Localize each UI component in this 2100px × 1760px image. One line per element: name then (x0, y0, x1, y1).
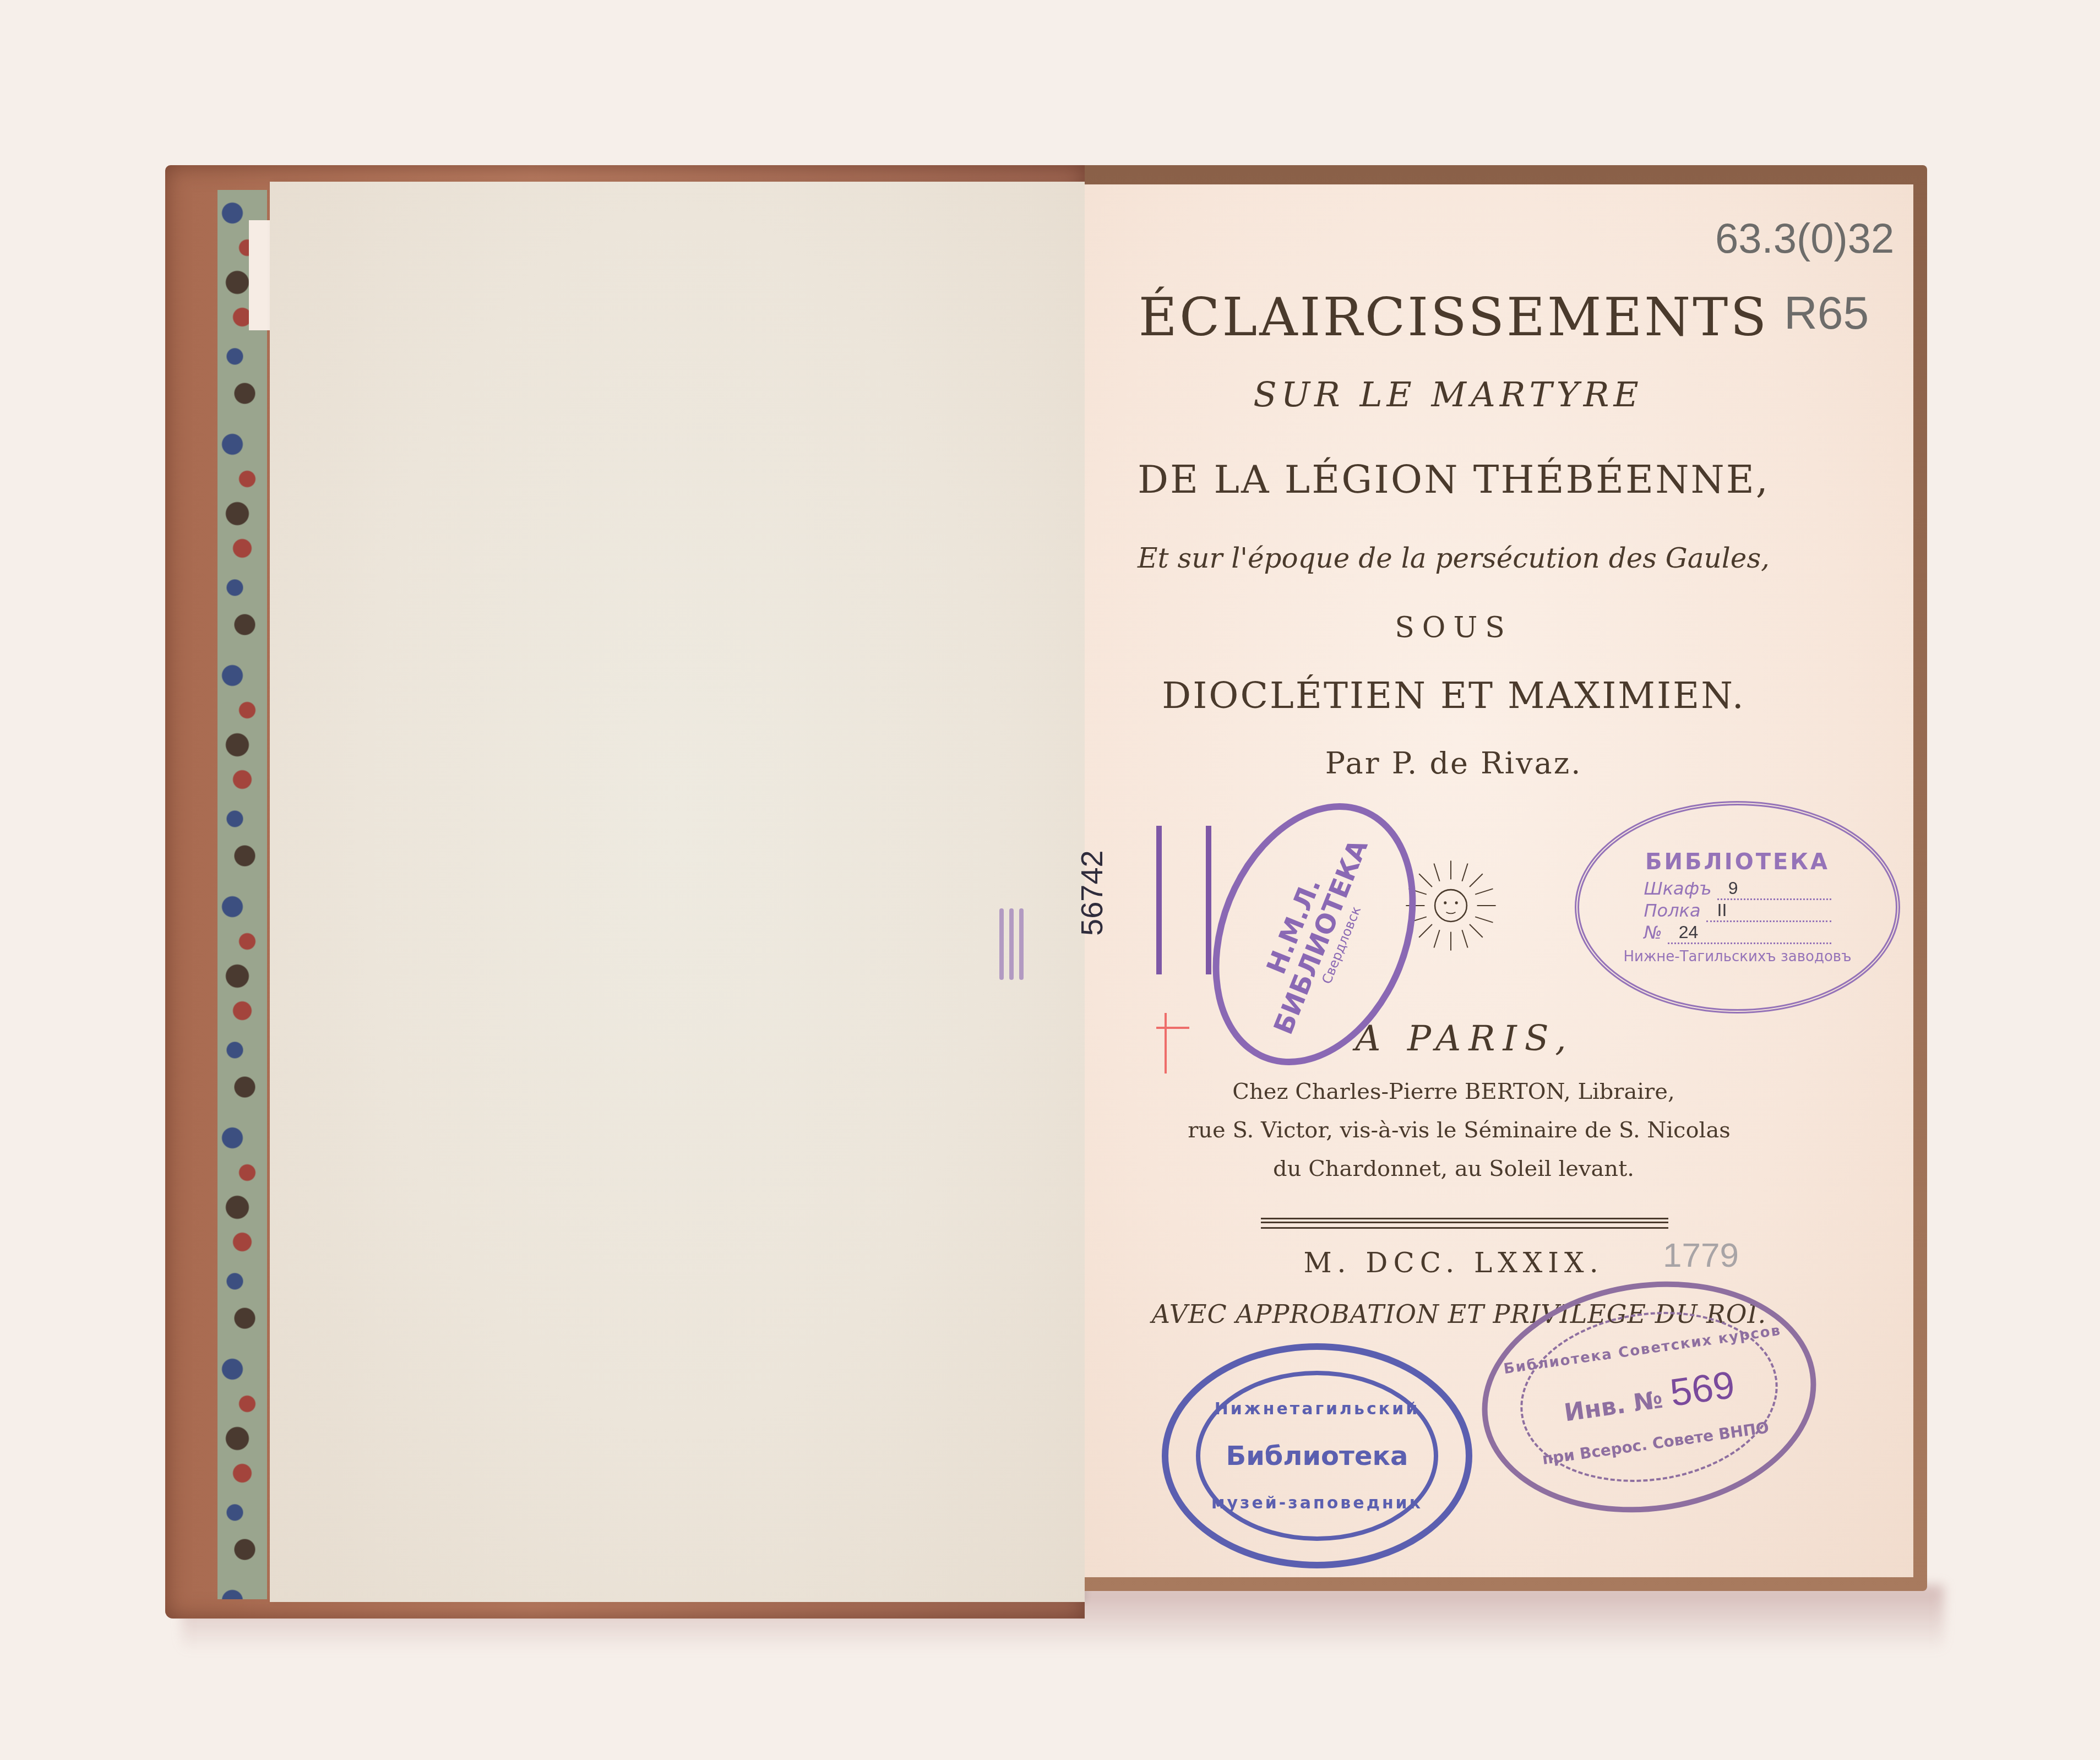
stamp-inventory-row: Инв. № 569 (1560, 1363, 1737, 1430)
subtitle-line-2: DE LA LÉGION THÉBÉENNE, (1138, 457, 1770, 502)
row-value: II (1706, 900, 1831, 922)
violet-ink-marks (999, 908, 1032, 980)
row-value: 9 (1717, 878, 1831, 900)
stamp-row-number: № 24 (1644, 922, 1831, 944)
stamp-center: Библиотека (1226, 1441, 1408, 1472)
pencil-year: 1779 (1663, 1236, 1739, 1275)
imprint-line-1: Chez Charles-Pierre BERTON, Libraire, (1232, 1079, 1674, 1104)
row-label: Полка (1644, 900, 1701, 922)
author-line: Par P. de Rivaz. (1325, 746, 1582, 781)
stamp-ring-top: Библиотека Советских курсов (1503, 1322, 1782, 1377)
open-book-photo: 63.3(0)32 R65 1779 56742 ÉCLAIRCISSEMENT… (0, 0, 2100, 1760)
publication-date: M. DCC. LXXIX. (1303, 1247, 1603, 1279)
main-title: ÉCLAIRCISSEMENTS (1139, 286, 1769, 348)
place-of-publication: A PARIS, (1355, 1018, 1574, 1059)
crossed-out-mark (1156, 826, 1211, 974)
stamp-inventory-number: 569 (1667, 1363, 1737, 1415)
stamp-inventory-label: Инв. № (1563, 1386, 1664, 1427)
stamp-ring-bottom: музей-заповедник (1211, 1494, 1423, 1513)
inventory-number: 56742 (1074, 850, 1109, 936)
row-label: № (1644, 922, 1662, 944)
subtitle-sous: SOUS (1395, 611, 1513, 644)
row-value: 24 (1668, 922, 1831, 944)
shelfmark-author-code: R65 (1784, 286, 1869, 340)
triple-rule-divider (1261, 1218, 1668, 1229)
red-cross-mark-bar (1156, 1027, 1189, 1029)
shelfmark-classification: 63.3(0)32 (1715, 215, 1894, 263)
stamp-title: БИБЛIОТЕКА (1645, 849, 1830, 875)
imprint-line-3: du Chardonnet, au Soleil levant. (1273, 1156, 1634, 1181)
library-stamp-nizhne-tagil-works: БИБЛIОТЕКА Шкафъ 9 Полка II № 24 Нижне-Т… (1575, 801, 1900, 1014)
stamp-footer: Нижне-Тагильскихъ заводовъ (1623, 949, 1851, 965)
sun-ornament-icon (1404, 859, 1498, 952)
subtitle-line-4: DIOCLÉTIEN ET MAXIMIEN. (1162, 674, 1745, 717)
marbled-endpaper (217, 190, 267, 1599)
museum-library-stamp: Нижнетагильский Библиотека музей-заповед… (1162, 1343, 1472, 1568)
stamp-ring-top: Нижнетагильский (1215, 1399, 1420, 1419)
row-label: Шкафъ (1644, 878, 1712, 900)
blank-flyleaf (270, 182, 1085, 1602)
stamp-row-shelf: Полка II (1644, 900, 1831, 922)
imprint-line-2: rue S. Victor, vis-à-vis le Séminaire de… (1188, 1118, 1731, 1143)
stamp-row-cabinet: Шкафъ 9 (1644, 878, 1831, 900)
stamp-ring-bottom: при Всерос. Совете ВНПО (1541, 1418, 1770, 1468)
subtitle-line-1: SUR LE MARTYRE (1253, 374, 1642, 415)
subtitle-line-3: Et sur l'époque de la persécution des Ga… (1138, 542, 1770, 574)
red-cross-mark (1165, 1013, 1167, 1074)
